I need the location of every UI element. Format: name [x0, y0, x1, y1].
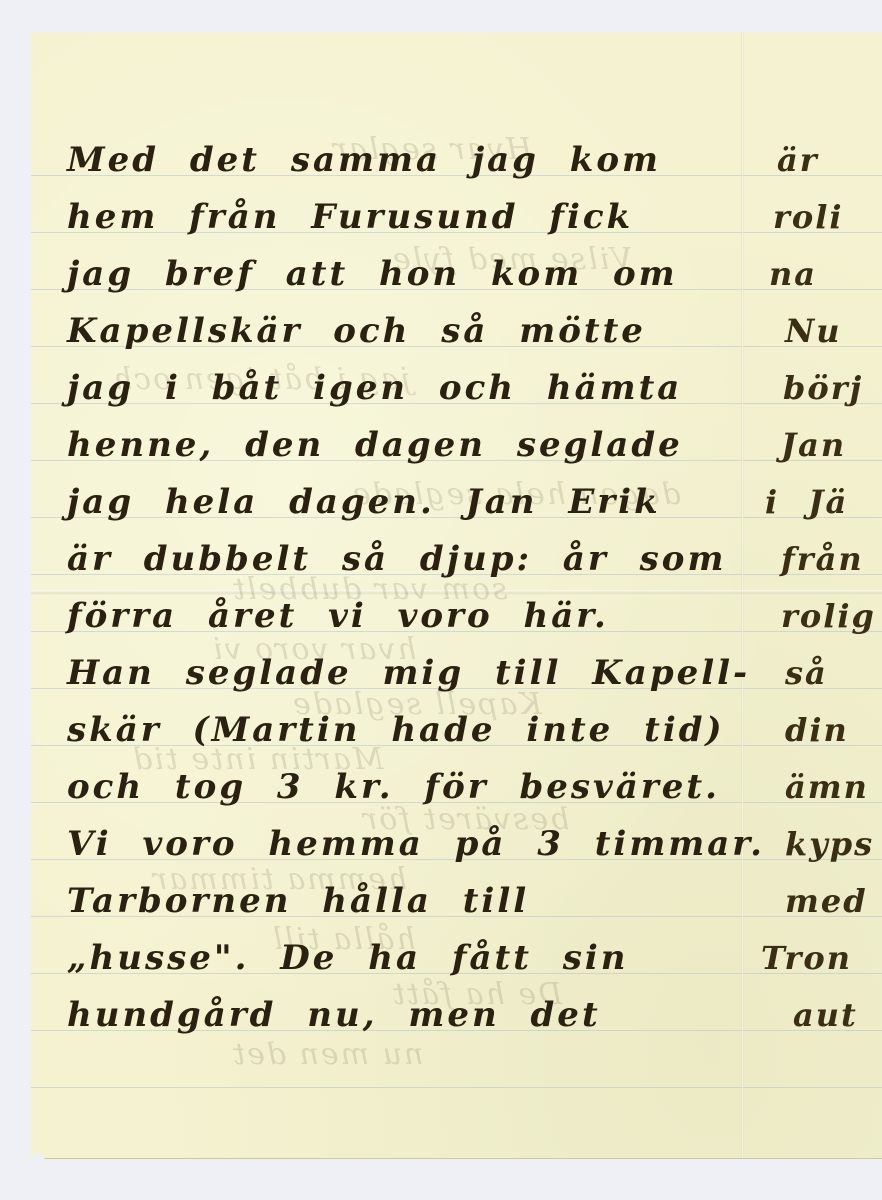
handwritten-line: från — [781, 539, 864, 579]
handwritten-line: Han seglade mig till Kapell- — [67, 653, 750, 693]
handwritten-line: hundgård nu, men det — [67, 995, 601, 1035]
handwritten-line: ämn — [785, 767, 869, 807]
handwritten-line: Nu — [785, 311, 842, 351]
handwritten-line: Vi voro hemma på 3 timmar. — [67, 824, 765, 864]
handwritten-line: är — [777, 140, 819, 180]
handwritten-line: rolig — [781, 596, 876, 636]
handwritten-line: är dubbelt så djup: år som — [67, 539, 726, 579]
handwritten-line: kyps — [785, 824, 874, 864]
handwritten-line: Kapellskär och så mötte — [67, 311, 646, 351]
handwritten-line: med — [785, 881, 868, 921]
handwritten-line: henne, den dagen seglade — [67, 425, 683, 465]
handwritten-line: roli — [773, 197, 844, 237]
handwritten-line: skär (Martin hade inte tid) — [67, 710, 725, 750]
handwritten-line: jag hela dagen. Jan Erik — [67, 482, 661, 522]
right-column-truncated: är roli na Nu börj Jan i Jä från rolig s… — [755, 32, 882, 1158]
handwritten-line: i Jä — [765, 482, 848, 522]
handwritten-line: Tarbornen hålla till — [67, 881, 529, 921]
handwritten-line: aut — [793, 995, 858, 1035]
handwritten-line: så — [785, 653, 828, 693]
handwritten-line: Tron — [761, 938, 852, 978]
letter-page: Hvar seglar Vilse med fyle jag i båt ige… — [31, 32, 882, 1158]
show-through-text: nu men det — [231, 1037, 423, 1072]
handwritten-line: hem från Furusund fick — [67, 197, 633, 237]
handwritten-line: jag i båt igen och hämta — [67, 368, 682, 408]
handwritten-line: jag bref att hon kom om — [67, 254, 678, 294]
handwritten-line: Med det samma jag kom — [67, 140, 661, 180]
handwritten-line: „husse". De ha fått sin — [67, 938, 629, 978]
handwritten-line: börj — [783, 368, 863, 408]
handwritten-line: na — [769, 254, 817, 294]
handwritten-line: och tog 3 kr. för besväret. — [67, 767, 720, 807]
handwritten-line: din — [785, 710, 849, 750]
handwritten-line: Jan — [781, 425, 846, 465]
handwritten-line: förra året vi voro här. — [67, 596, 609, 636]
